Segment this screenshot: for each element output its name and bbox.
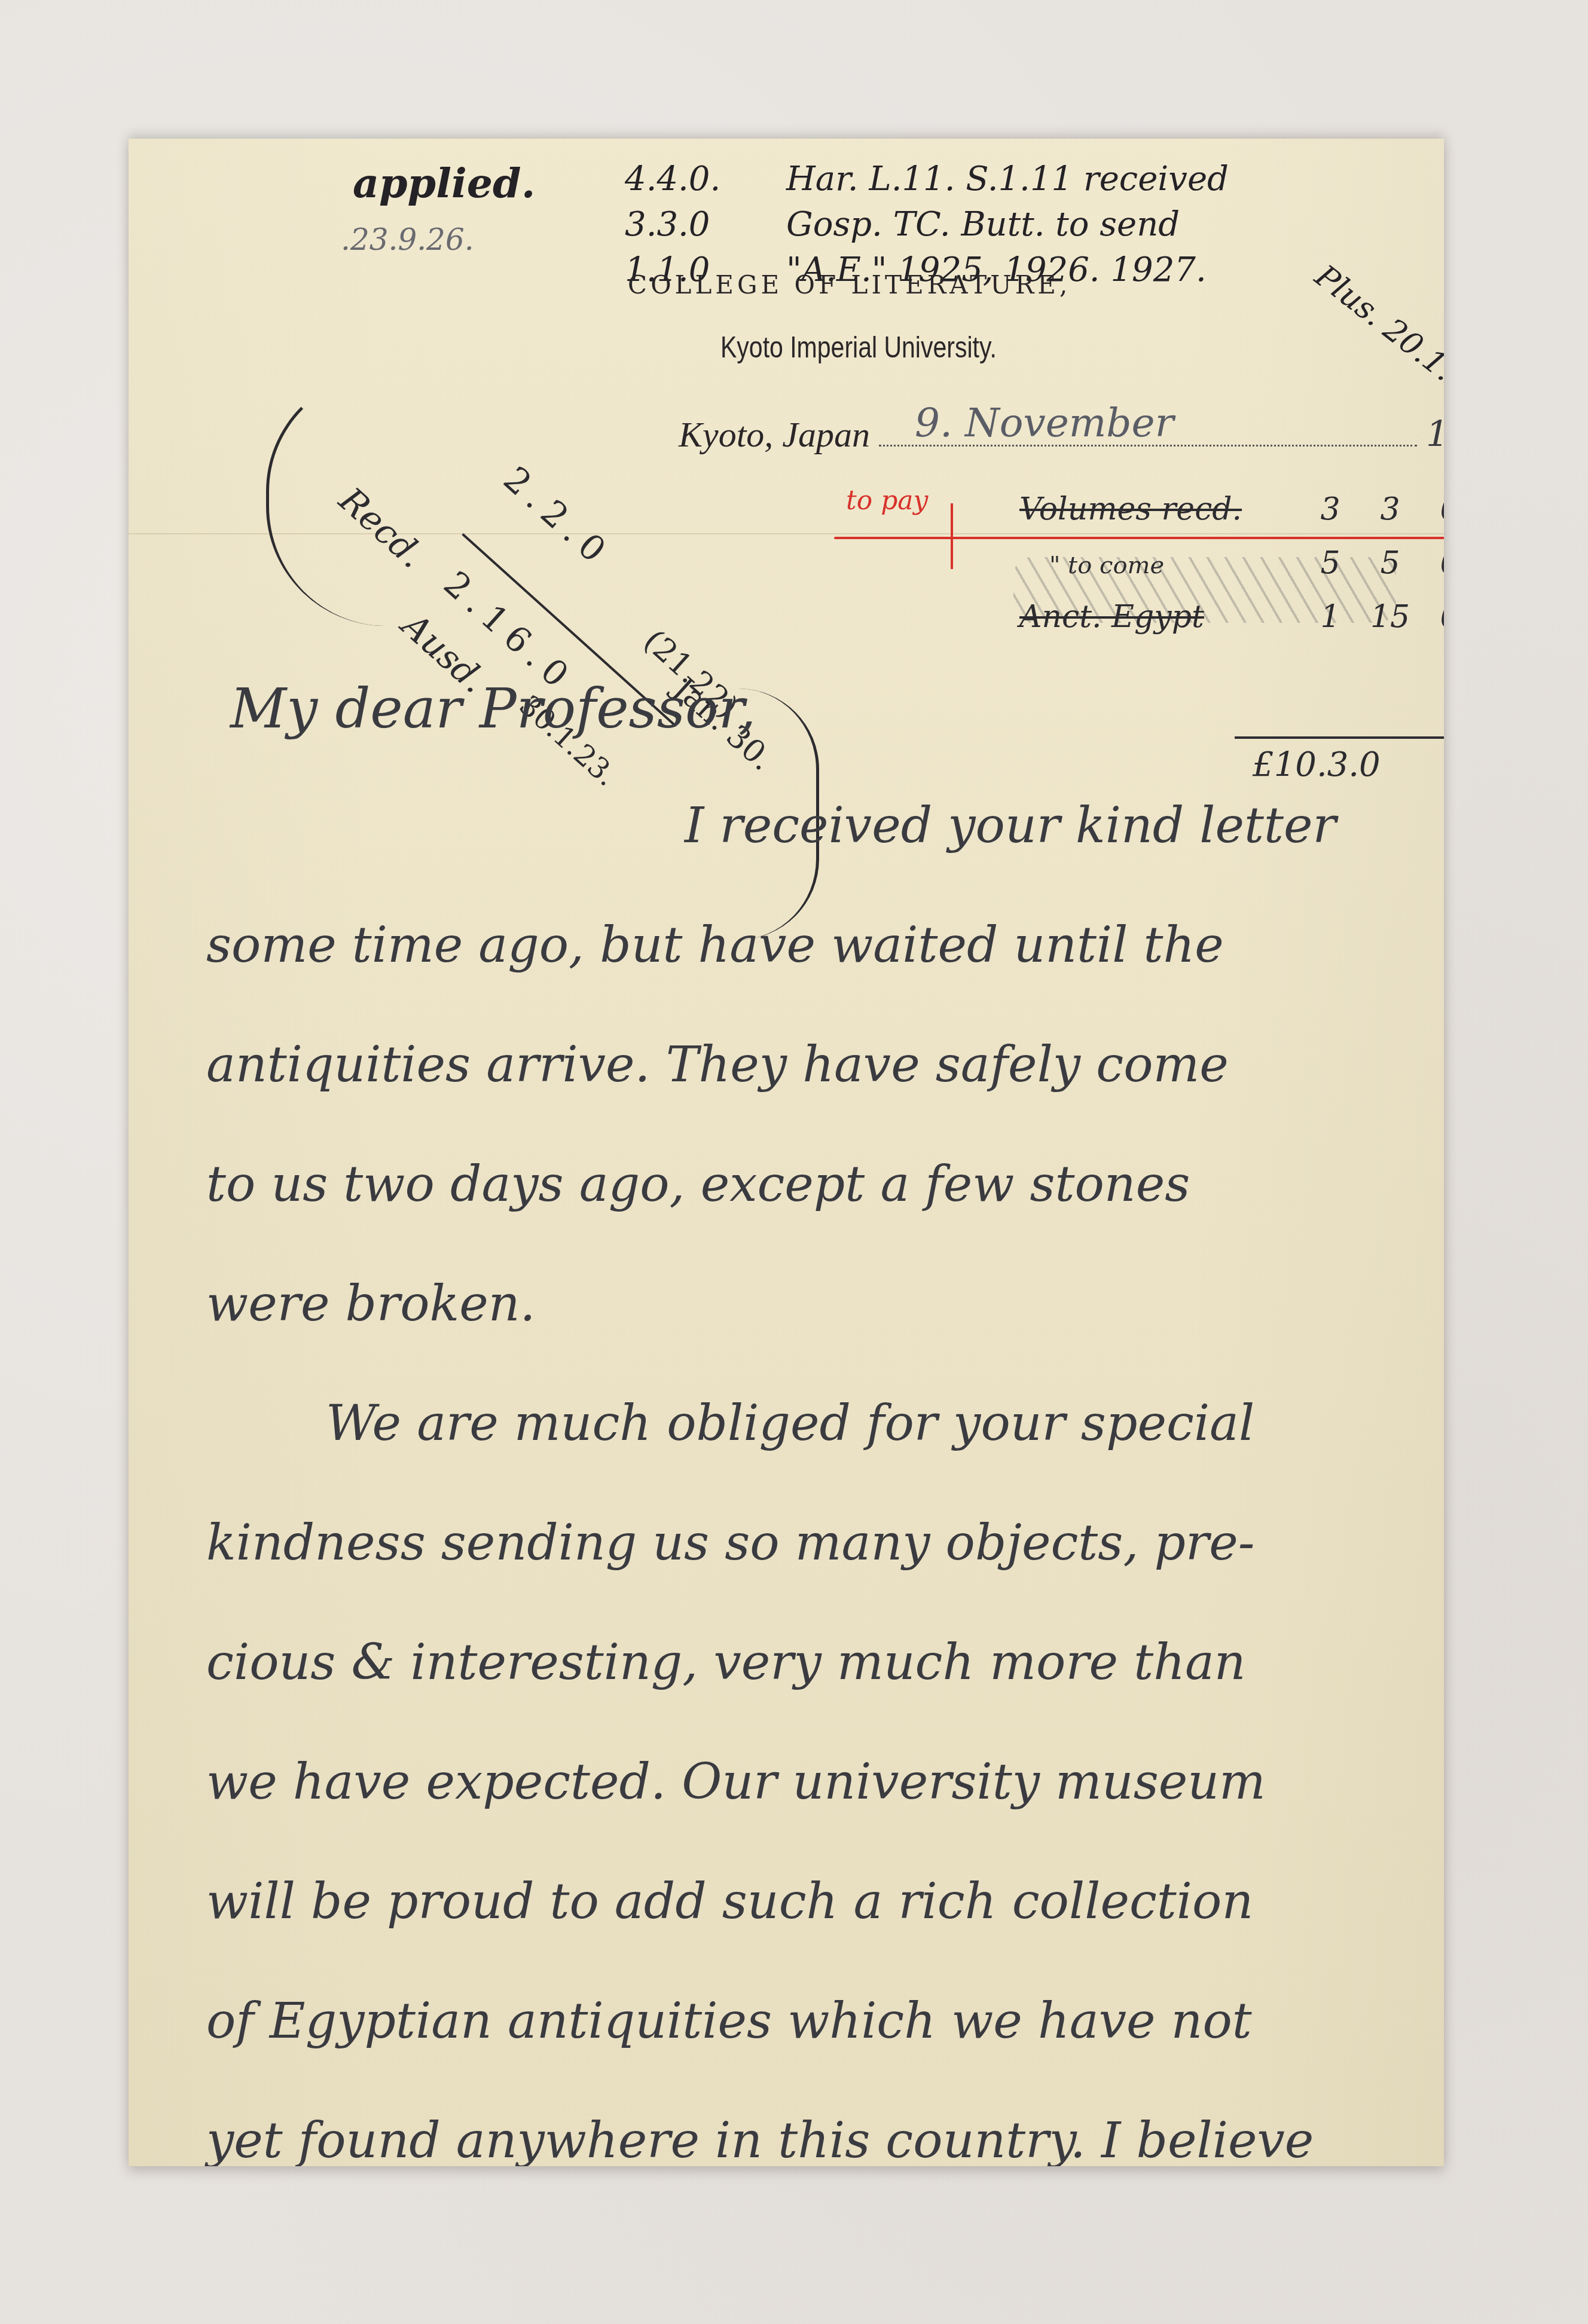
to-pay-tick-mark bbox=[951, 503, 953, 569]
letter-salutation: My dear Professor, bbox=[230, 677, 756, 741]
received-annotation-block: Recd. 2.2.0 2.16.0 (21.22) Jan. 30. Ausd… bbox=[248, 306, 786, 844]
letter-line: kindness sending us so many objects, pre… bbox=[206, 1484, 1402, 1603]
letter-line: some time ago, but have waited until the bbox=[206, 886, 1402, 1005]
account-note-amount: 3.3.0 bbox=[625, 202, 786, 247]
accounts-pounds: 5 bbox=[1300, 545, 1360, 581]
to-pay-label: to pay bbox=[846, 485, 928, 516]
accounts-pence: 0 bbox=[1420, 545, 1444, 581]
letter-body: I received your kind letter some time ag… bbox=[206, 766, 1402, 2166]
accounts-table: Volumes recd.330 " to come550 Anct. Egyp… bbox=[1019, 491, 1444, 653]
letter-line: will be proud to add such a rich collect… bbox=[206, 1842, 1402, 1962]
letter-line: of Egyptian antiquities which we have no… bbox=[206, 1962, 1402, 2081]
accounts-shillings: 5 bbox=[1360, 545, 1420, 581]
accounts-row: " to come550 bbox=[1019, 545, 1444, 599]
accounts-row-label: Volumes recd. bbox=[1019, 491, 1300, 527]
accounts-pounds: 3 bbox=[1300, 491, 1360, 527]
accounts-row-label: Anct. Egypt bbox=[1019, 599, 1300, 635]
accounts-row: Anct. Egypt1150 bbox=[1019, 599, 1444, 653]
accounts-shillings: 3 bbox=[1360, 491, 1420, 527]
letter-line: antiquities arrive. They have safely com… bbox=[206, 1005, 1402, 1125]
letterhead-college: COLLEGE OF LITERATURE, bbox=[628, 270, 1071, 299]
account-note-text: Har. L.11. S.1.11 received bbox=[786, 160, 1229, 198]
accounts-pence: 0 bbox=[1420, 599, 1444, 635]
letter-line: were broken. bbox=[206, 1244, 1402, 1364]
recd-figure-top: 2.2.0 bbox=[496, 458, 619, 576]
red-strike-line bbox=[834, 537, 1444, 539]
date-fill-line: 9. November bbox=[879, 439, 1417, 447]
accounts-pounds: 1 bbox=[1300, 599, 1360, 635]
letter-sheet: applied. .23.9.26. 4.4.0.Har. L.11. S.1.… bbox=[129, 139, 1444, 2166]
letter-line: I received your kind letter bbox=[206, 766, 1402, 886]
accounts-total-rule bbox=[1235, 736, 1444, 739]
account-note-amount: 4.4.0. bbox=[625, 157, 786, 202]
applied-date: .23.9.26. bbox=[341, 222, 474, 257]
letter-line: yet found anywhere in this country. I be… bbox=[206, 2081, 1402, 2166]
letter-line: we have expected. Our university museum bbox=[206, 1723, 1402, 1842]
applied-annotation: applied. bbox=[353, 160, 535, 207]
letterhead-dateline: Kyoto, Japan 9. November 1922. bbox=[679, 414, 1444, 455]
account-note-text: Gosp. TC. Butt. to send bbox=[786, 205, 1180, 244]
account-note-line: 3.3.0Gosp. TC. Butt. to send bbox=[625, 202, 1229, 247]
letter-line: to us two days ago, except a few stones bbox=[206, 1125, 1402, 1244]
received-plus-date: Plus. 20.1.23 bbox=[1308, 258, 1444, 413]
written-date: 9. November bbox=[879, 400, 1444, 446]
letter-line: cious & interesting, very much more than bbox=[206, 1603, 1402, 1723]
accounts-pence: 0 bbox=[1420, 491, 1444, 527]
accounts-shillings: 15 bbox=[1360, 599, 1420, 635]
accounts-row-label: " to come bbox=[1019, 552, 1300, 579]
account-note-line: 4.4.0.Har. L.11. S.1.11 received bbox=[625, 157, 1229, 202]
letter-line: We are much obliged for your special bbox=[206, 1364, 1402, 1484]
